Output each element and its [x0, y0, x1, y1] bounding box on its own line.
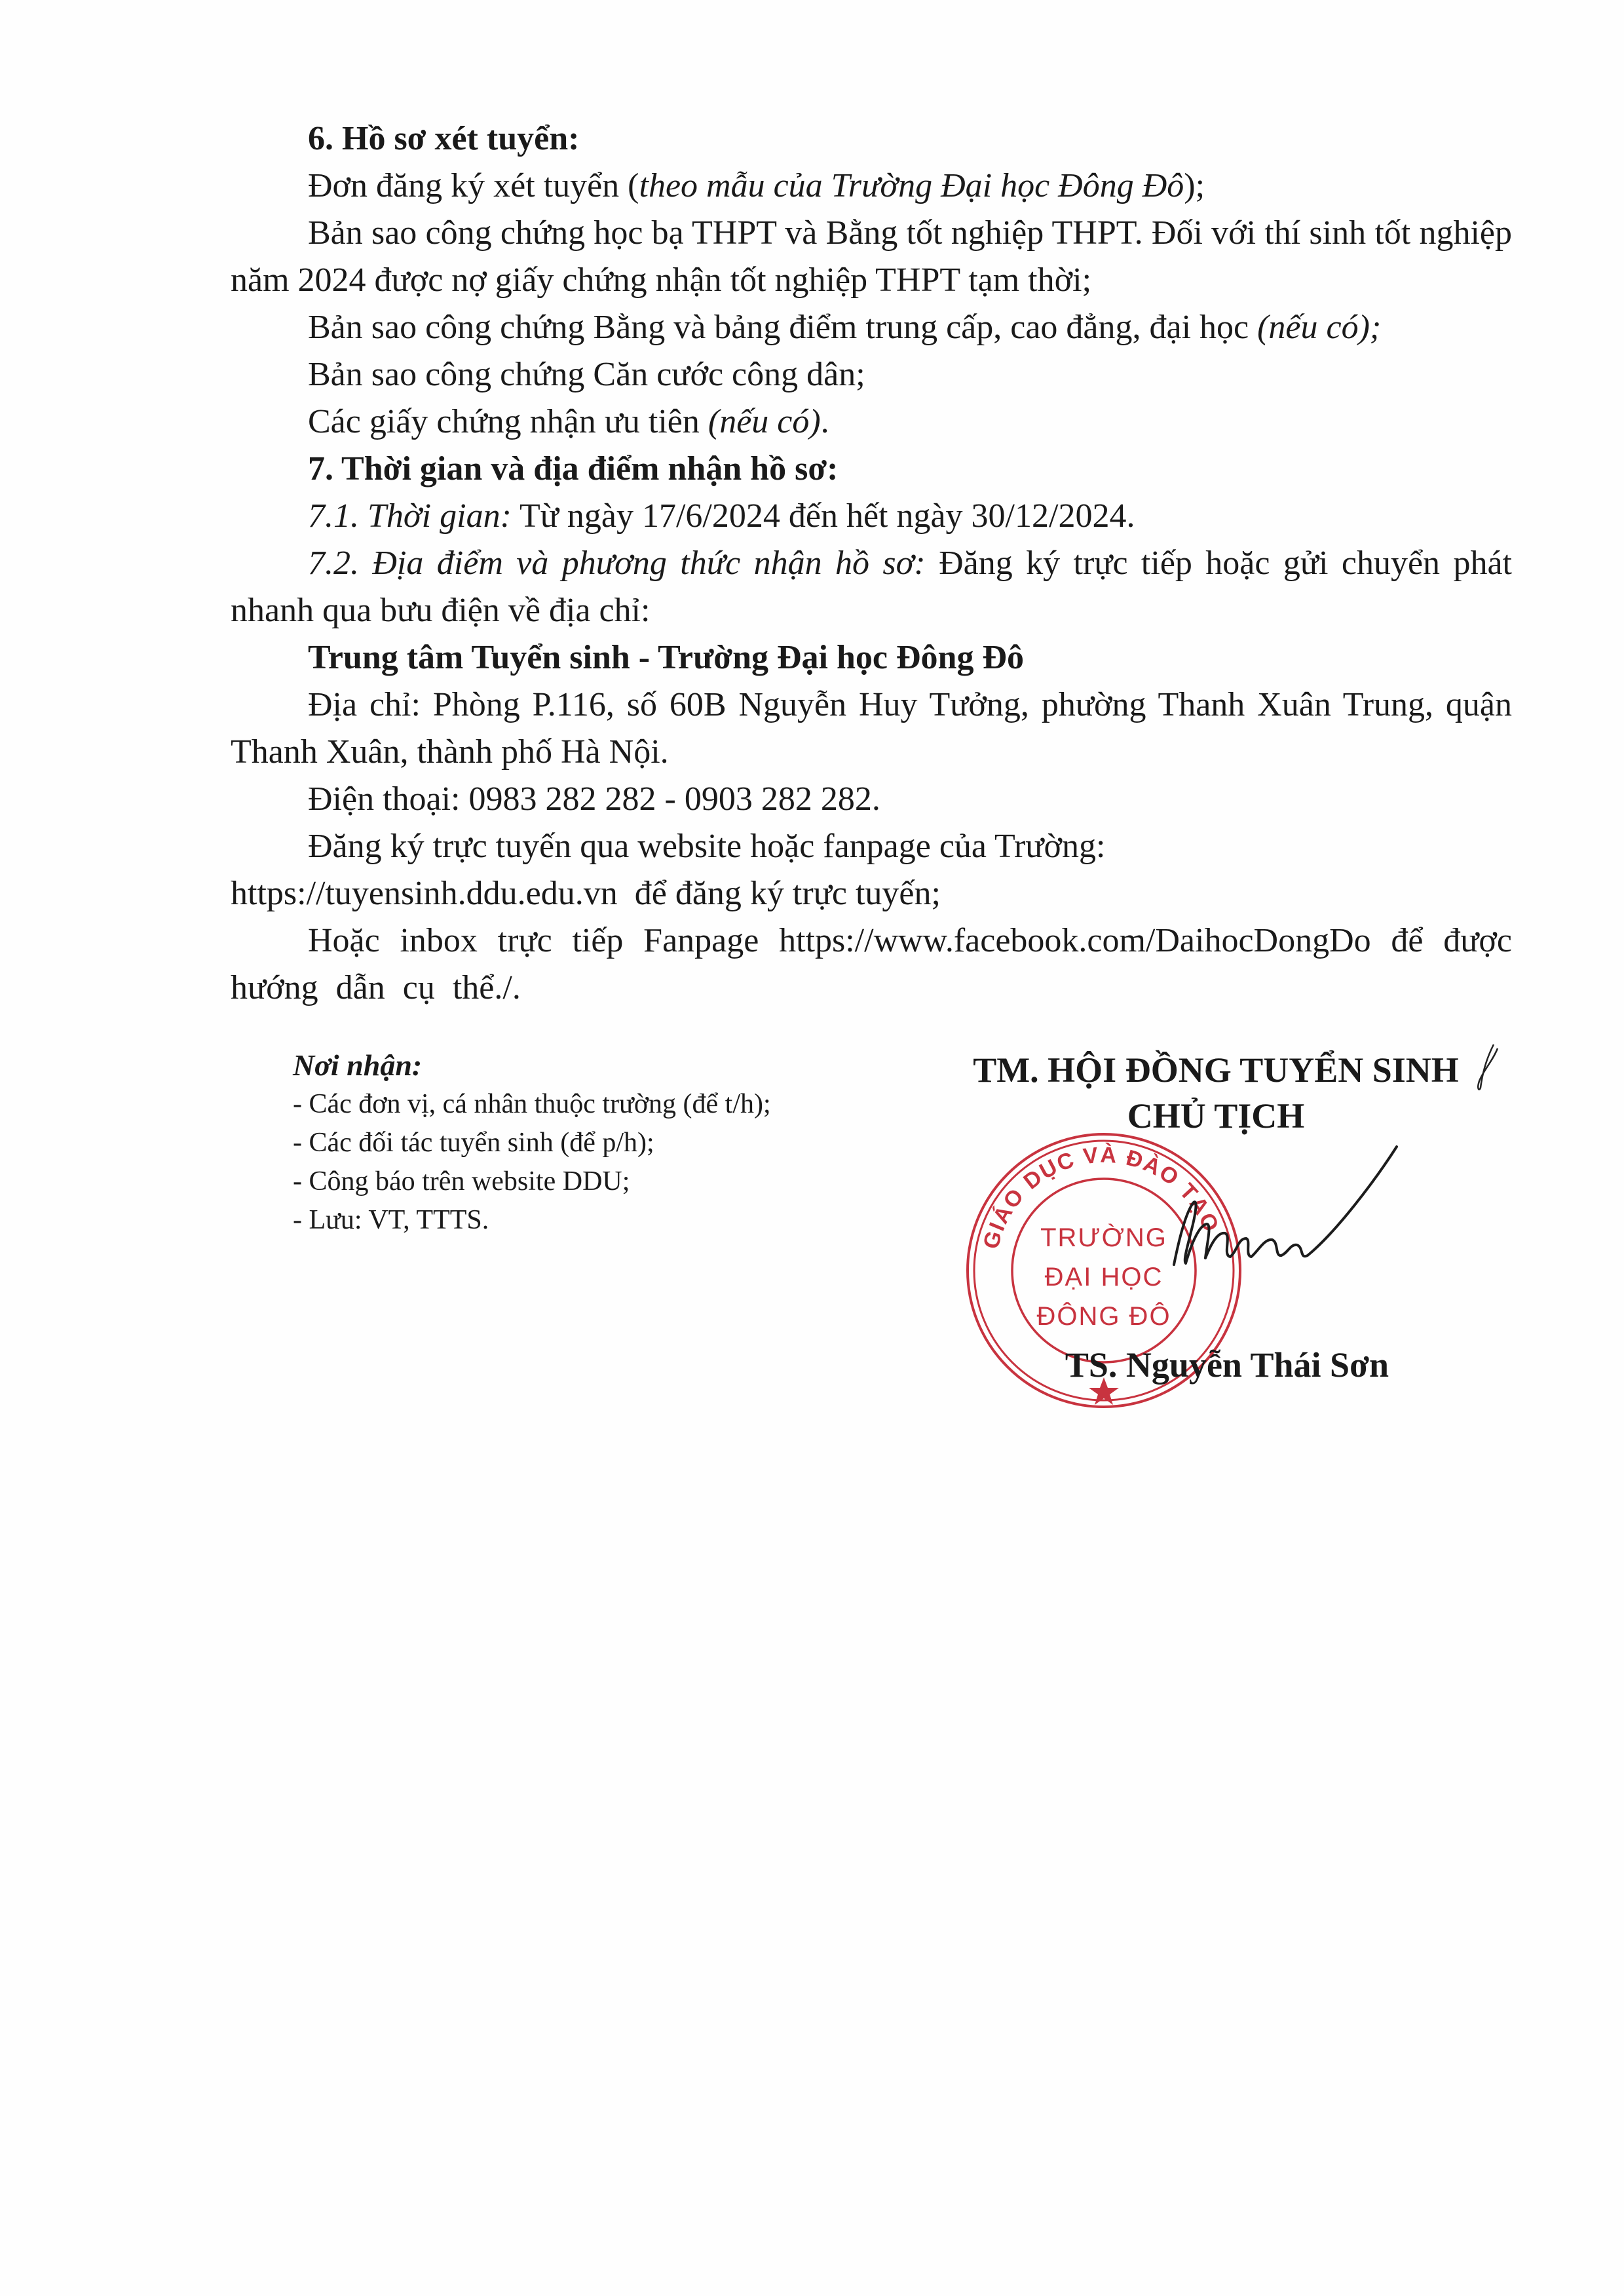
- admissions-center-name: Trung tâm Tuyển sinh - Trường Đại học Đô…: [231, 634, 1512, 681]
- address: Địa chỉ: Phòng P.116, số 60B Nguyễn Huy …: [231, 681, 1512, 776]
- doc-item-degree: Bản sao công chứng Bằng và bảng điểm tru…: [231, 304, 1512, 351]
- doc-item-application-form: Đơn đăng ký xét tuyển (theo mẫu của Trườ…: [231, 163, 1512, 210]
- document-page: 6. Hồ sơ xét tuyển: Đơn đăng ký xét tuyể…: [0, 0, 1624, 2296]
- submission-place: 7.2. Địa điểm và phương thức nhận hồ sơ:…: [231, 540, 1512, 634]
- svg-text:ĐÔNG ĐÔ: ĐÔNG ĐÔ: [1036, 1301, 1171, 1331]
- online-registration-intro: Đăng ký trực tuyến qua website hoặc fanp…: [231, 823, 1512, 870]
- doc-item-transcript: Bản sao công chứng học bạ THPT và Bằng t…: [231, 210, 1512, 304]
- signer-name: TS. Nguyễn Thái Sơn: [983, 1342, 1389, 1388]
- signer-organization: TM. HỘI ĐỒNG TUYỂN SINH: [954, 1047, 1478, 1093]
- svg-text:ĐẠI HỌC: ĐẠI HỌC: [1045, 1263, 1163, 1291]
- recipient-item: - Lưu: VT, TTTS.: [293, 1201, 771, 1240]
- fanpage-line: Hoặc inbox trực tiếp Fanpage https://www…: [231, 917, 1512, 1012]
- phone: Điện thoại: 0983 282 282 - 0903 282 282.: [231, 776, 1512, 823]
- signature-block: TM. HỘI ĐỒNG TUYỂN SINH CHỦ TỊCH: [954, 1047, 1478, 1139]
- recipients-title: Nơi nhận:: [293, 1046, 771, 1085]
- section-6-heading: 6. Hồ sơ xét tuyển:: [231, 115, 1512, 163]
- submission-time: 7.1. Thời gian: Từ ngày 17/6/2024 đến hế…: [231, 493, 1512, 540]
- document-body: 6. Hồ sơ xét tuyển: Đơn đăng ký xét tuyể…: [231, 115, 1512, 1012]
- initial-mark-icon: [1474, 1042, 1500, 1094]
- recipient-item: - Các đơn vị, cá nhân thuộc trường (để t…: [293, 1085, 771, 1124]
- recipient-item: - Công báo trên website DDU;: [293, 1162, 771, 1201]
- doc-item-id-card: Bản sao công chứng Căn cước công dân;: [231, 351, 1512, 398]
- section-7-heading: 7. Thời gian và địa điểm nhận hồ sơ:: [231, 446, 1512, 493]
- handwritten-signature-icon: [1160, 1140, 1408, 1291]
- svg-text:TRƯỜNG: TRƯỜNG: [1040, 1223, 1167, 1252]
- recipient-item: - Các đối tác tuyển sinh (để p/h);: [293, 1124, 771, 1162]
- doc-item-priority: Các giấy chứng nhận ưu tiên (nếu có).: [231, 398, 1512, 446]
- fanpage-link[interactable]: https://www.facebook.com/DaihocDongDo: [779, 922, 1371, 959]
- website-link[interactable]: https://tuyensinh.ddu.edu.vn: [231, 875, 618, 912]
- recipients-block: Nơi nhận: - Các đơn vị, cá nhân thuộc tr…: [293, 1046, 771, 1240]
- website-line: https://tuyensinh.ddu.edu.vn để đăng ký …: [231, 870, 1512, 917]
